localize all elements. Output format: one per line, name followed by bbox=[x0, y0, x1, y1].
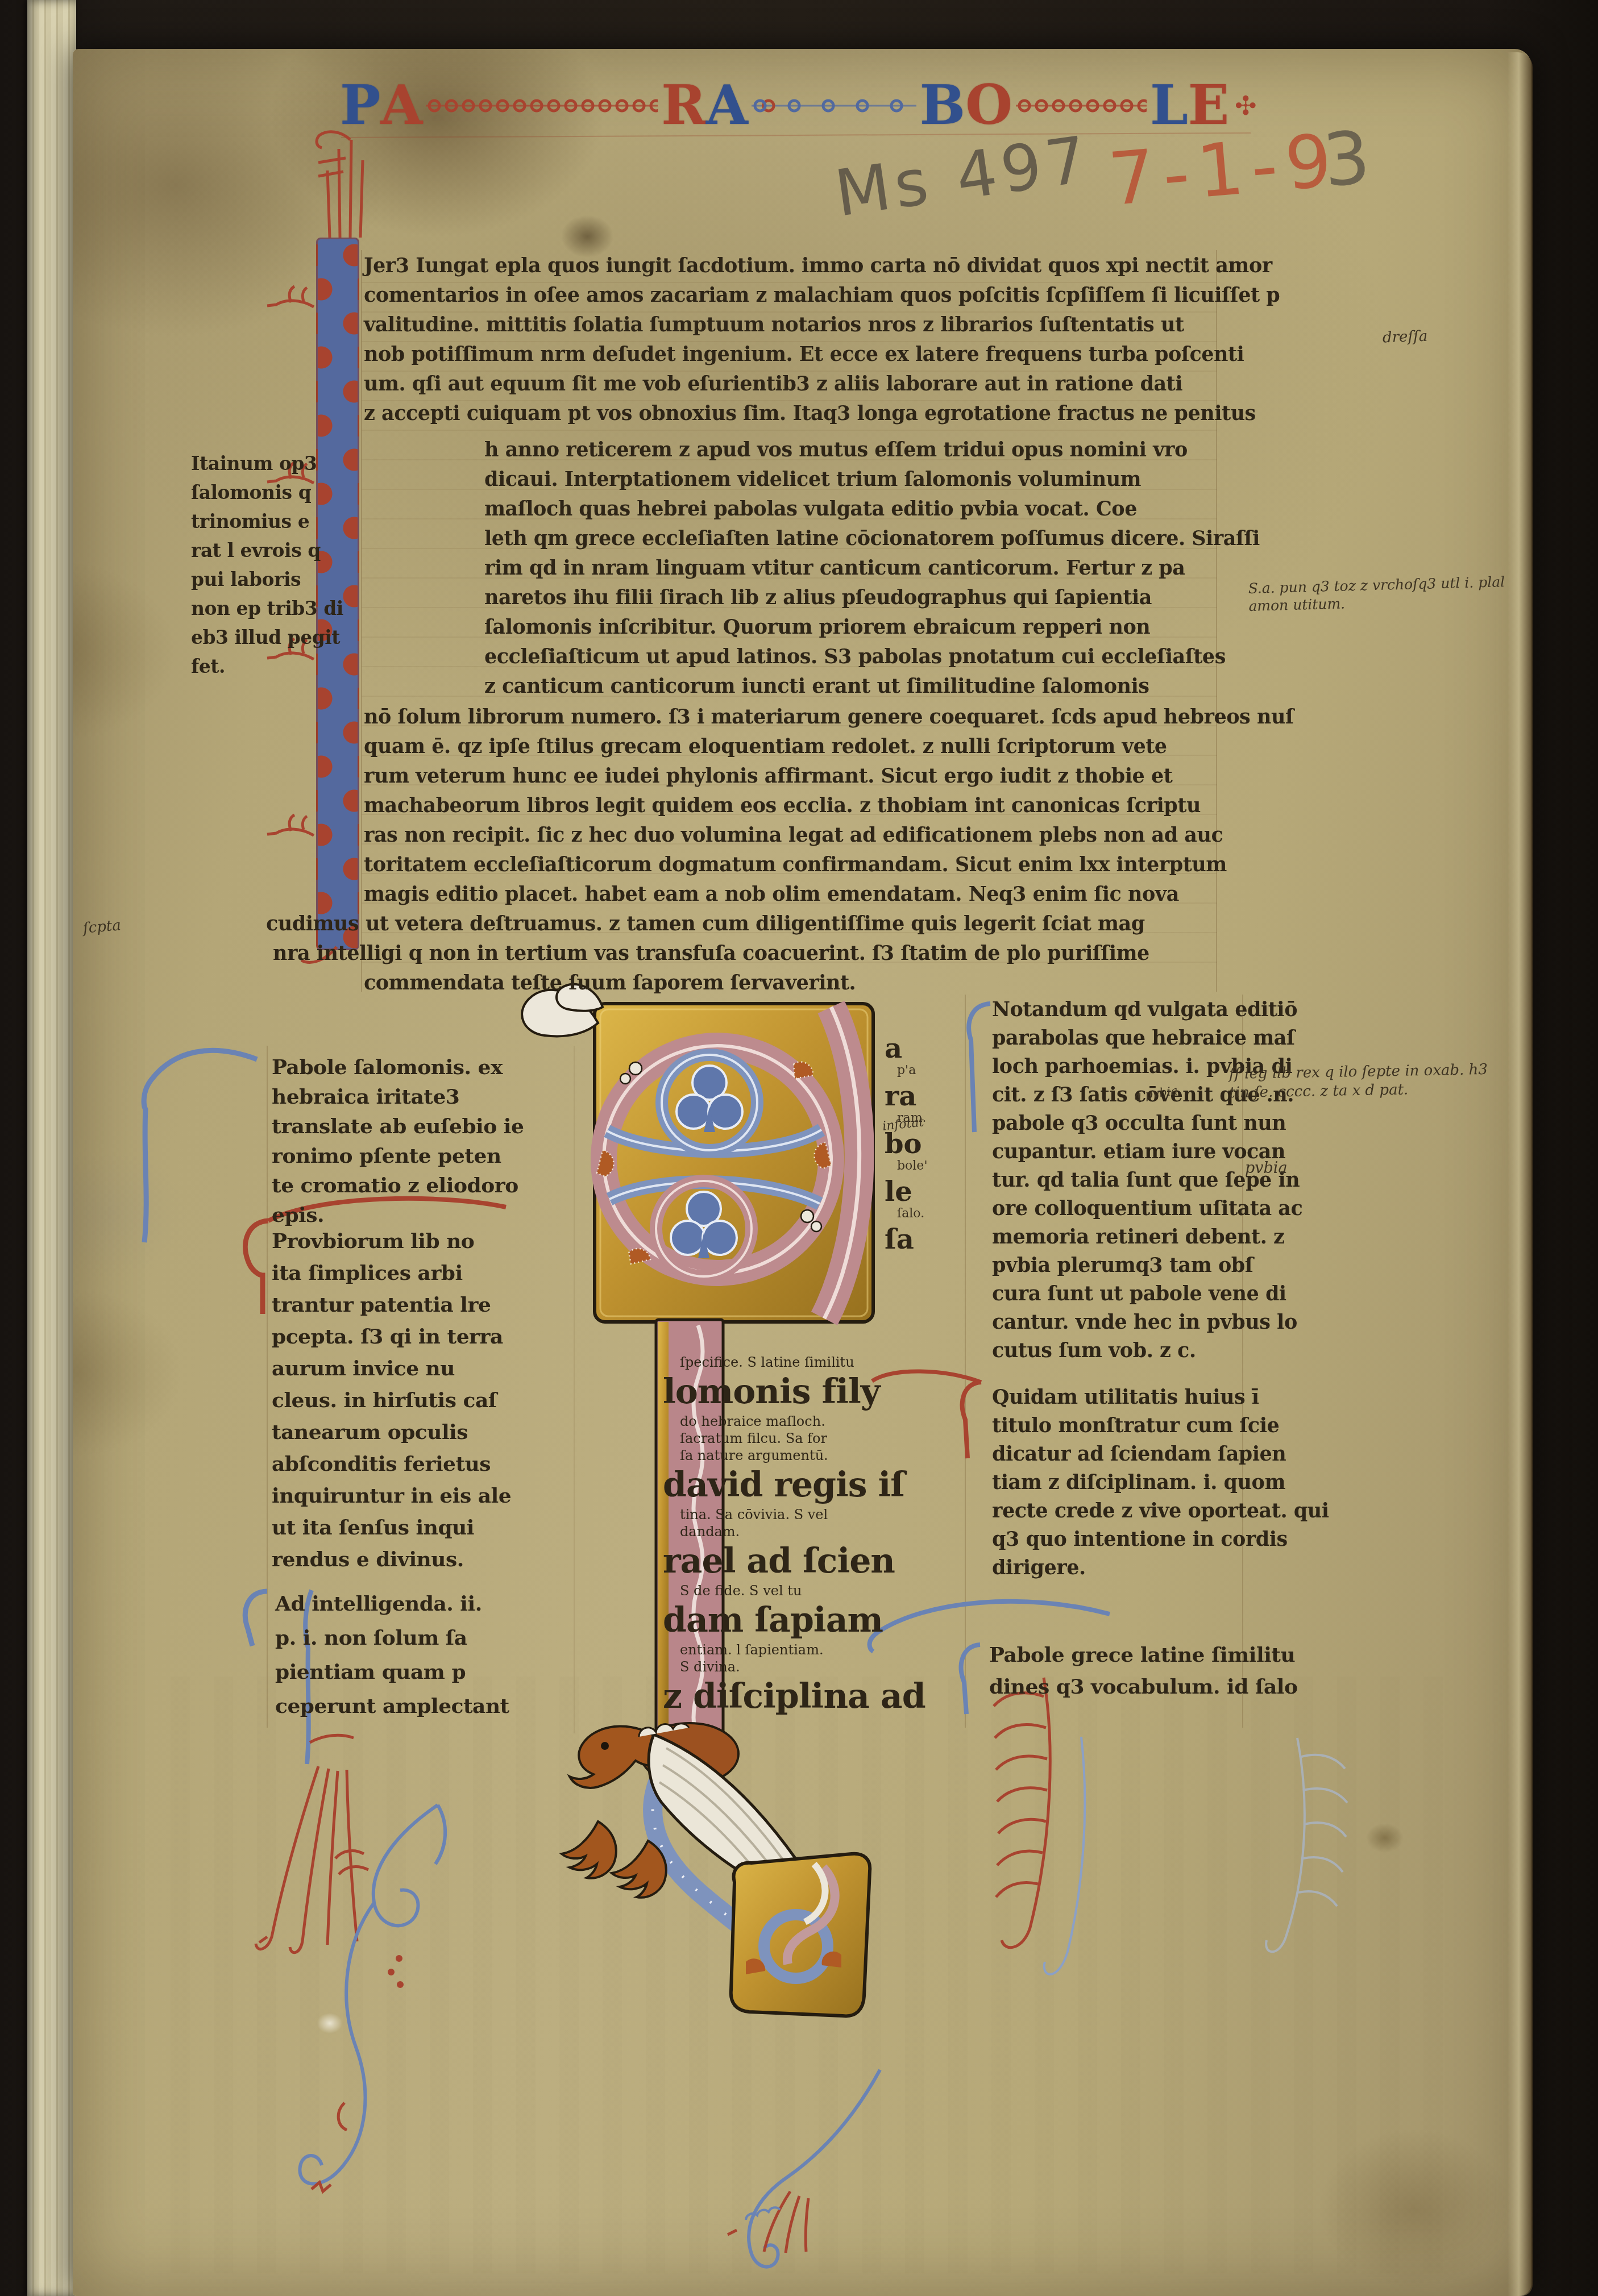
text-line: ſalomonis inſcribitur. Quorum priorem eb… bbox=[484, 613, 1260, 642]
interlinear-gloss-line: do hebraice maſloch. bbox=[663, 1413, 993, 1430]
text-line: machabeorum libros legit quidem eos eccl… bbox=[364, 791, 1293, 821]
prologue-paragraph-2-full: nō ſolum librorum numero. ſ3 i materiaru… bbox=[364, 702, 1293, 998]
fragment-letters: le bbox=[885, 1176, 927, 1207]
prologue-paragraph-1: Jer3 Iungat epla quos iungit ſacdotium. … bbox=[364, 251, 1280, 429]
interlinear-gloss-line: dandam. bbox=[663, 1523, 993, 1540]
running-title-letter: P bbox=[340, 76, 380, 135]
text-line: rendus e divinus. bbox=[272, 1544, 511, 1575]
fragment-gloss: ſalo. bbox=[897, 1207, 927, 1221]
running-title-letter: A bbox=[380, 76, 422, 135]
text-line: dicatur ad ſciendam ſapien bbox=[992, 1440, 1329, 1469]
title-end-flourish: ✣ bbox=[1235, 90, 1257, 121]
right-gloss-quidam: Quidam utilitatis huius ītitulo monſtrat… bbox=[992, 1383, 1329, 1582]
bible-display-line: dam ſapiam bbox=[663, 1599, 993, 1641]
fragment-letters: ſa bbox=[885, 1224, 927, 1255]
running-title-letter: O bbox=[965, 76, 1012, 135]
right-margin-note-lower: ſſ leg ilb rex q ilo ſepte in oxab. h3ti… bbox=[1228, 1060, 1488, 1103]
text-line: ita ſimplices arbi bbox=[272, 1257, 511, 1289]
text-line: cura ſunt ut pabole vene di bbox=[992, 1280, 1302, 1308]
opening-fragment: leſalo. bbox=[885, 1176, 927, 1221]
text-line: ceperunt amplectant bbox=[275, 1689, 509, 1723]
interlinear-gloss-line: ſpecifice. S latine ſimilitu bbox=[663, 1354, 993, 1371]
text-line: ras non recipit. ſic z hec duo volumina … bbox=[364, 821, 1293, 850]
opening-fragment: ap'a bbox=[885, 1033, 927, 1078]
text-line: tanearum opculis bbox=[272, 1416, 511, 1448]
text-line: fet. bbox=[191, 652, 343, 681]
fragment-letters: ra bbox=[885, 1081, 927, 1112]
text-line: um. qſi aut equum ſit me vob eſurientib3… bbox=[364, 369, 1280, 399]
opening-fragment: ſa bbox=[885, 1224, 927, 1255]
text-line: z canticum canticorum iuncti erant ut ſi… bbox=[484, 672, 1260, 701]
right-margin-note-mid: S.a. pun q3 toz z vrchoſq3 utl i. plalam… bbox=[1248, 573, 1505, 615]
text-line: trinomius e bbox=[191, 507, 343, 536]
text-line: titulo monſtratur cum ſcie bbox=[992, 1412, 1329, 1440]
text-line: Pabole grece latine ſimilitu bbox=[989, 1639, 1297, 1671]
text-line: Pabole ſalomonis. ex bbox=[272, 1053, 524, 1082]
bible-display-line: david regis iſ bbox=[663, 1464, 993, 1506]
left-margin-note: ſcpta bbox=[82, 917, 122, 937]
text-line: rat l evrois q bbox=[191, 536, 343, 565]
bible-text-block: ſpecifice. S latine ſimilitulomonis fily… bbox=[663, 1354, 993, 1717]
text-line: te cromatio z eliodoro bbox=[272, 1171, 524, 1200]
fragment-gloss: p'a bbox=[897, 1064, 927, 1078]
text-line: ſalomonis q bbox=[191, 478, 343, 507]
running-title-letter: B bbox=[920, 76, 965, 135]
running-title-letter: R bbox=[661, 76, 706, 135]
text-line: pui laboris bbox=[191, 565, 343, 594]
fragment-letters: a bbox=[885, 1033, 927, 1064]
text-line: non ep trib3 di bbox=[191, 594, 343, 623]
prologue-margin-gloss: Itainum op3ſalomonis qtrinomius erat l e… bbox=[191, 449, 343, 681]
right-margin-word-proverbia: pvbia bbox=[1245, 1159, 1288, 1177]
text-line: Quidam utilitatis huius ī bbox=[992, 1383, 1329, 1412]
opening-fragment: bobole' bbox=[885, 1129, 927, 1173]
text-line: maſloch quas hebrei pabolas vulgata edit… bbox=[484, 494, 1260, 524]
text-line: nō ſolum librorum numero. ſ3 i materiaru… bbox=[364, 702, 1293, 732]
text-line: quam ē. qz ipſe ſtilus grecam eloquentia… bbox=[364, 732, 1293, 762]
running-title-letter: A bbox=[706, 76, 748, 135]
text-line: pabole q3 occulta ſunt nun bbox=[992, 1109, 1302, 1138]
text-line: naretos ihu filii ſirach lib z alius pſe… bbox=[484, 583, 1260, 613]
penwork-chain bbox=[1016, 95, 1147, 116]
text-line: inquiruntur in eis ale bbox=[272, 1480, 511, 1512]
left-gloss-ad-intelligenda: Ad intelligenda. ii.p. i. non ſolum ſapi… bbox=[275, 1587, 509, 1723]
text-line: cudimus ut vetera deſtruamus. z tamen cu… bbox=[266, 909, 1293, 939]
text-line: pcepta. ſ3 qi in terra bbox=[272, 1321, 511, 1353]
left-gloss-parabole-salomonis: Pabole ſalomonis. exhebraica iritate3tra… bbox=[272, 1053, 524, 1230]
penwork-chain bbox=[426, 95, 658, 116]
text-line: Itainum op3 bbox=[191, 449, 343, 478]
interlinear-gloss-line: ſa nature argumentū. bbox=[663, 1447, 993, 1464]
interlinear-gloss-line: S de fide. S vel tu bbox=[663, 1582, 993, 1599]
text-line: q3 quo intentione in cordis bbox=[992, 1525, 1329, 1554]
text-line: hebraica iritate3 bbox=[272, 1082, 524, 1112]
text-line: nob potiſſimum nrm deſudet ingenium. Et … bbox=[364, 340, 1280, 369]
text-line: comentarios in oſee amos zacariam z mala… bbox=[364, 281, 1280, 310]
text-line: commendata teſte ſuum ſaporem ſervaverin… bbox=[364, 968, 1293, 998]
text-line: h anno reticerem z apud vos mutus eſſem … bbox=[484, 435, 1260, 465]
text-line: aurum invice nu bbox=[272, 1353, 511, 1384]
bible-display-line: lomonis fily bbox=[663, 1371, 993, 1413]
text-line: pientiam quam p bbox=[275, 1655, 509, 1689]
text-line: parabolas que hebraice maſ bbox=[992, 1024, 1302, 1053]
text-line: translate ab euſebio ie bbox=[272, 1112, 524, 1141]
text-line: leth qm grece eccleſiaſten latine cōcion… bbox=[484, 524, 1260, 554]
gray-number-tail: 3 bbox=[1320, 115, 1381, 204]
text-line: ore colloquentium uſitata ac bbox=[992, 1195, 1302, 1223]
text-line: memoria retineri debent. z bbox=[992, 1223, 1302, 1251]
text-line: Jer3 Iungat epla quos iungit ſacdotium. … bbox=[364, 251, 1280, 281]
text-line: pvbia plerumq3 tam obſ bbox=[992, 1251, 1302, 1280]
opening-word-fragments: ap'araram.bobole'leſalo.ſa bbox=[885, 1033, 927, 1258]
text-line: valitudine. mittitis ſolatia ſumptuum no… bbox=[364, 310, 1280, 340]
left-gloss-proverbiorum: Provbiorum lib noita ſimplices arbitrant… bbox=[272, 1225, 511, 1575]
page-fore-edge bbox=[1508, 52, 1533, 2296]
text-line: nra intelligi q non in tertium vas trans… bbox=[273, 939, 1293, 968]
text-line: z accepti cuiquam pt vos obnoxius ſim. I… bbox=[364, 399, 1280, 429]
text-line: abſconditis ferietus bbox=[272, 1448, 511, 1480]
right-gloss-notandum: Notandum qd vulgata editiōparabolas que … bbox=[992, 996, 1302, 1365]
manuscript-photo: P A R A B O L E ✣ Ms 497 7-1-93 Jer3 Iun… bbox=[0, 0, 1598, 2296]
running-title-letter: L bbox=[1150, 76, 1188, 135]
text-line: magis editio placet. habet eam a nob oli… bbox=[364, 880, 1293, 909]
text-line: p. i. non ſolum ſa bbox=[275, 1621, 509, 1655]
text-line: dicaui. Interptationem videlicet trium ſ… bbox=[484, 465, 1260, 494]
text-line: dines q3 vocabulum. id ſalo bbox=[989, 1671, 1297, 1703]
text-line: rim qd in nram linguam vtitur canticum c… bbox=[484, 554, 1260, 583]
prologue-paragraph-2-indented: h anno reticerem z apud vos mutus eſſem … bbox=[484, 435, 1260, 701]
penwork-chain bbox=[752, 95, 916, 116]
text-line: cutus ſum vob. z c. bbox=[992, 1337, 1302, 1365]
text-line: Provbiorum lib no bbox=[272, 1225, 511, 1257]
book-gutter-page-edges bbox=[27, 0, 76, 2296]
running-title-letter: E bbox=[1188, 76, 1229, 135]
text-line: eccleſiaſticum ut apud latinos. S3 pabol… bbox=[484, 642, 1260, 672]
text-line: trantur patentia lre bbox=[272, 1289, 511, 1321]
fragment-letters: bo bbox=[885, 1129, 927, 1159]
text-line: Ad intelligenda. ii. bbox=[275, 1587, 509, 1621]
text-line: toritatem eccleſiaſticorum dogmatum conf… bbox=[364, 850, 1293, 880]
running-title: P A R A B O L E ✣ bbox=[340, 76, 1257, 135]
right-gloss-parabole-grece: Pabole grece latine ſimilitudines q3 voc… bbox=[989, 1639, 1297, 1703]
text-line: dirigere. bbox=[992, 1554, 1329, 1582]
interlinear-gloss-line: entiam. l ſapientiam. bbox=[663, 1641, 993, 1658]
text-line: Notandum qd vulgata editiō bbox=[992, 996, 1302, 1024]
text-line: ut ita ſenſus inqui bbox=[272, 1512, 511, 1544]
text-line: cantur. vnde hec in pvbus lo bbox=[992, 1308, 1302, 1337]
text-line: recte crede z vive oporteat. qui bbox=[992, 1497, 1329, 1525]
text-line: tiam z diſciplinam. i. quom bbox=[992, 1469, 1329, 1497]
text-line: cleus. in hirſutis caſ bbox=[272, 1384, 511, 1416]
bible-display-line: z diſciplina ad bbox=[663, 1675, 993, 1717]
text-line: ronimo pſente peten bbox=[272, 1141, 524, 1171]
parchment-streaks bbox=[171, 1677, 1455, 2273]
interlinear-gloss-line: tina. Sa cōvivia. S vel bbox=[663, 1506, 993, 1523]
bible-display-line: rael ad ſcien bbox=[663, 1540, 993, 1582]
right-margin-note-top: dreſſa bbox=[1383, 328, 1428, 347]
text-line: eb3 illud pegit bbox=[191, 623, 343, 652]
fragment-gloss: bole' bbox=[897, 1159, 927, 1173]
text-line: rum veterum hunc ee iudei phylonis affir… bbox=[364, 762, 1293, 791]
interlinear-gloss-line: S divina. bbox=[663, 1658, 993, 1675]
interlinear-gloss-line: ſacratum filcu. Sa for bbox=[663, 1430, 993, 1447]
